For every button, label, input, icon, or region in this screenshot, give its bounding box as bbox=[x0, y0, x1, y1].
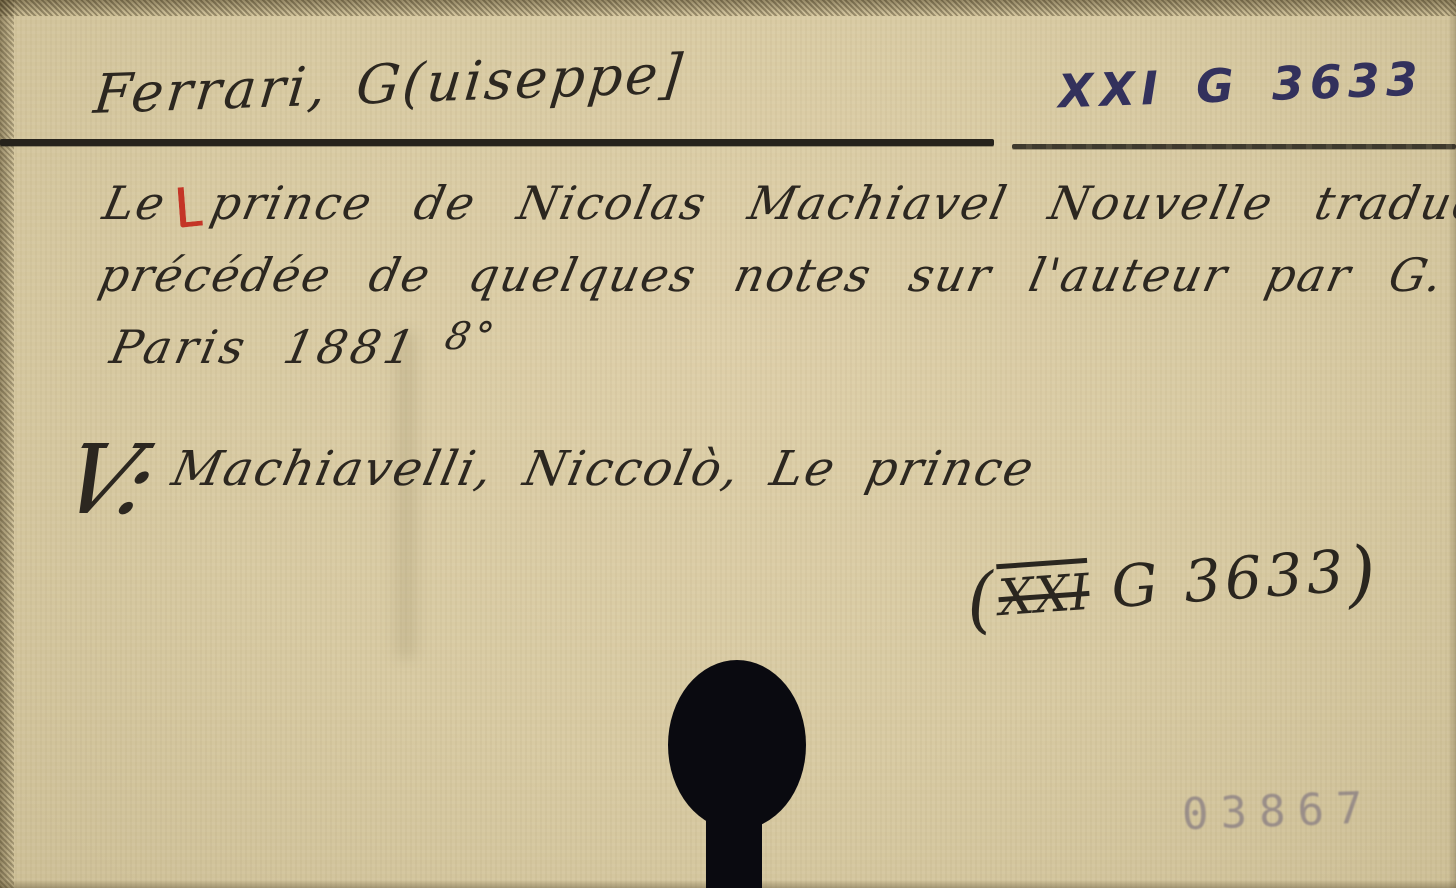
call-number: XXI G 3633 bbox=[1057, 52, 1425, 119]
imprint-place-year: Paris 1881 bbox=[106, 320, 424, 374]
catalog-card: Ferrari, G(uiseppe] XXI G 3633 Leprince … bbox=[0, 0, 1456, 888]
title-line-1: Leprince de Nicolas Machiavel Nouvelle t… bbox=[98, 176, 1456, 230]
cross-reference-text: Machiavelli, Niccolò, Le prince bbox=[167, 441, 1040, 497]
pencil-shelf-number: G 3633 bbox=[1109, 537, 1350, 621]
scan-edge-left bbox=[0, 0, 14, 888]
red-insertion-mark bbox=[177, 185, 202, 227]
pencil-close-paren: ) bbox=[1345, 530, 1383, 616]
book-format: 8° bbox=[441, 314, 502, 358]
ruled-line-left-segment bbox=[0, 139, 994, 146]
title-line-2: précédée de quelques notes sur l'auteur … bbox=[94, 248, 1456, 302]
punch-hole-slot bbox=[706, 796, 762, 888]
title-line-1-rest: prince de Nicolas Machiavel Nouvelle tra… bbox=[206, 176, 1456, 230]
vide-mark: V: bbox=[48, 424, 168, 536]
scan-edge-right bbox=[1448, 0, 1456, 888]
ruled-line-right-segment bbox=[1012, 144, 1456, 149]
accession-stamp-number: 03867 bbox=[1181, 783, 1375, 841]
pencil-call-number: (XXI G 3633) bbox=[964, 530, 1383, 643]
title-line-1-start: Le bbox=[98, 176, 171, 230]
title-line-3: Paris 18818° bbox=[106, 314, 502, 374]
pencil-roman-numeral: XXI bbox=[996, 563, 1091, 627]
author-heading: Ferrari, G(uiseppe] bbox=[91, 41, 717, 126]
cross-reference-line: V: Machiavelli, Niccolò, Le prince bbox=[66, 424, 1034, 536]
scan-edge-top bbox=[0, 0, 1456, 16]
